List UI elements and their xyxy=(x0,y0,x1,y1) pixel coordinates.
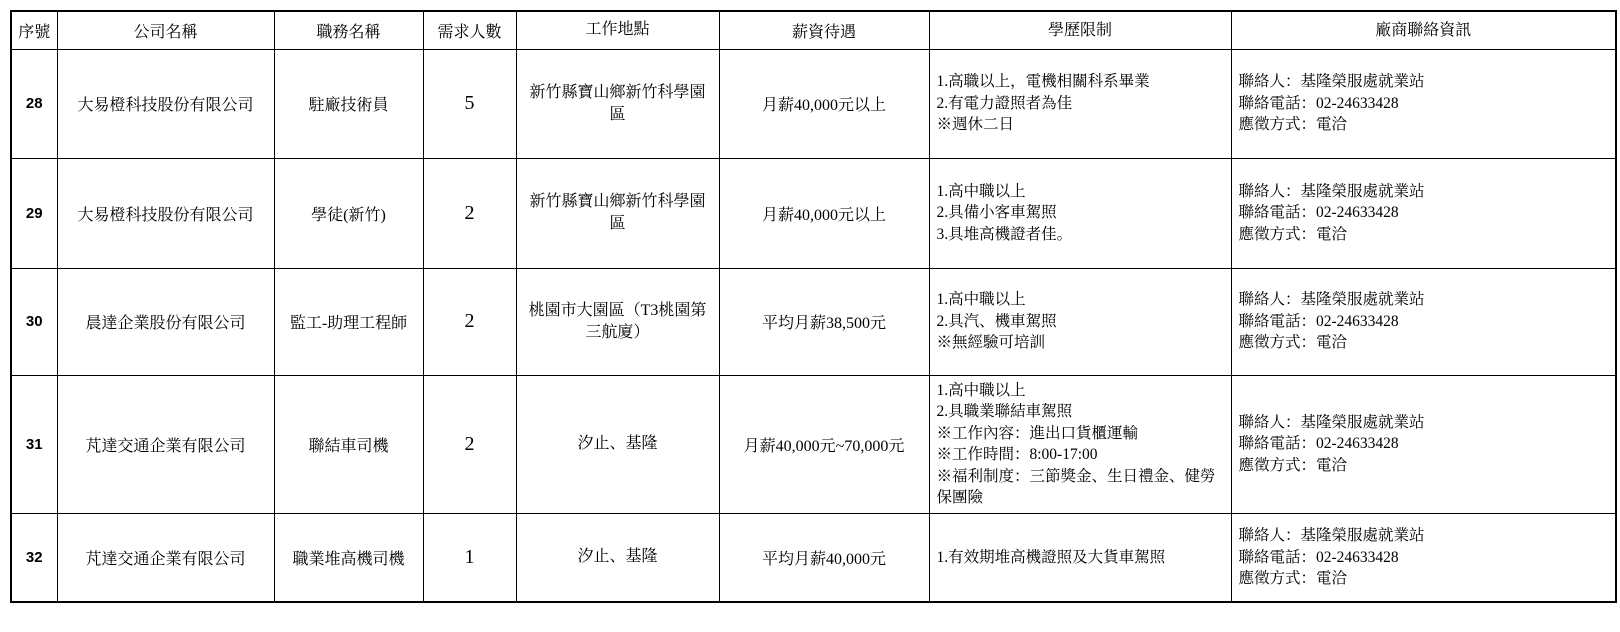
cell-salary: 月薪40,000元以上 xyxy=(719,158,929,268)
cell-contact-line: 聯絡電話：02-24633428 xyxy=(1239,311,1610,333)
cell-contact: 聯絡人：基隆榮服處就業站聯絡電話：02-24633428應徵方式：電洽 xyxy=(1231,375,1616,513)
table-row: 31芃達交通企業有限公司聯結車司機2汐止、基隆月薪40,000元~70,000元… xyxy=(11,375,1616,513)
cell-education: 1.高中職以上2.具汽、機車駕照※無經驗可培訓 xyxy=(929,268,1231,375)
cell-education: 1.高中職以上2.具備小客車駕照3.具堆高機證者佳。 xyxy=(929,158,1231,268)
cell-contact-line: 聯絡人：基隆榮服處就業站 xyxy=(1239,181,1610,203)
cell-seq: 30 xyxy=(11,268,57,375)
cell-contact-line: 聯絡人：基隆榮服處就業站 xyxy=(1239,289,1610,311)
column-header-headcount: 需求人數 xyxy=(423,11,516,49)
cell-title: 監工-助理工程師 xyxy=(274,268,423,375)
cell-company: 晨達企業股份有限公司 xyxy=(57,268,274,375)
cell-headcount: 5 xyxy=(423,49,516,158)
cell-seq: 31 xyxy=(11,375,57,513)
table-body: 28大易橙科技股份有限公司駐廠技術員5新竹縣寶山鄉新竹科學園區月薪40,000元… xyxy=(11,49,1616,602)
cell-contact-line: 聯絡電話：02-24633428 xyxy=(1239,93,1610,115)
table-row: 28大易橙科技股份有限公司駐廠技術員5新竹縣寶山鄉新竹科學園區月薪40,000元… xyxy=(11,49,1616,158)
cell-contact-line: 應徵方式：電洽 xyxy=(1239,568,1610,590)
cell-salary: 月薪40,000元以上 xyxy=(719,49,929,158)
table-row: 29大易橙科技股份有限公司學徒(新竹)2新竹縣寶山鄉新竹科學園區月薪40,000… xyxy=(11,158,1616,268)
cell-contact-line: 聯絡電話：02-24633428 xyxy=(1239,547,1610,569)
cell-seq: 28 xyxy=(11,49,57,158)
cell-location: 汐止、基隆 xyxy=(516,513,719,602)
cell-education-line: ※福利制度：三節獎金、生日禮金、健勞保團險 xyxy=(937,466,1225,509)
column-header-location: 工作地點 xyxy=(516,11,719,49)
cell-contact-line: 應徵方式：電洽 xyxy=(1239,455,1610,477)
job-listing-table: 序號公司名稱職務名稱需求人數工作地點薪資待遇學歷限制廠商聯絡資訊 28大易橙科技… xyxy=(10,10,1617,603)
cell-location: 新竹縣寶山鄉新竹科學園區 xyxy=(516,49,719,158)
cell-company: 大易橙科技股份有限公司 xyxy=(57,49,274,158)
cell-education: 1.有效期堆高機證照及大貨車駕照 xyxy=(929,513,1231,602)
cell-seq: 29 xyxy=(11,158,57,268)
column-header-seq: 序號 xyxy=(11,11,57,49)
cell-education-line: 2.具汽、機車駕照 xyxy=(937,311,1225,333)
cell-headcount: 2 xyxy=(423,158,516,268)
cell-education-line: 1.高中職以上 xyxy=(937,380,1225,402)
cell-education-line: 1.有效期堆高機證照及大貨車駕照 xyxy=(937,547,1225,569)
table-header: 序號公司名稱職務名稱需求人數工作地點薪資待遇學歷限制廠商聯絡資訊 xyxy=(11,11,1616,49)
cell-contact-line: 聯絡電話：02-24633428 xyxy=(1239,433,1610,455)
cell-education-line: 2.具職業聯結車駕照 xyxy=(937,401,1225,423)
cell-title: 聯結車司機 xyxy=(274,375,423,513)
cell-seq: 32 xyxy=(11,513,57,602)
table-row: 30晨達企業股份有限公司監工-助理工程師2桃園市大園區（T3桃園第三航廈）平均月… xyxy=(11,268,1616,375)
header-row: 序號公司名稱職務名稱需求人數工作地點薪資待遇學歷限制廠商聯絡資訊 xyxy=(11,11,1616,49)
cell-location: 汐止、基隆 xyxy=(516,375,719,513)
cell-title: 學徒(新竹) xyxy=(274,158,423,268)
cell-education-line: ※無經驗可培訓 xyxy=(937,332,1225,354)
cell-education: 1.高中職以上2.具職業聯結車駕照※工作內容：進出口貨櫃運輸※工作時間：8:00… xyxy=(929,375,1231,513)
cell-contact-line: 聯絡人：基隆榮服處就業站 xyxy=(1239,525,1610,547)
cell-title: 職業堆高機司機 xyxy=(274,513,423,602)
cell-education-line: 1.高職以上，電機相關科系畢業 xyxy=(937,71,1225,93)
column-header-company: 公司名稱 xyxy=(57,11,274,49)
cell-headcount: 2 xyxy=(423,268,516,375)
cell-salary: 月薪40,000元~70,000元 xyxy=(719,375,929,513)
cell-education-line: ※週休二日 xyxy=(937,114,1225,136)
cell-location: 新竹縣寶山鄉新竹科學園區 xyxy=(516,158,719,268)
cell-education-line: ※工作內容：進出口貨櫃運輸 xyxy=(937,423,1225,445)
cell-contact: 聯絡人：基隆榮服處就業站聯絡電話：02-24633428應徵方式：電洽 xyxy=(1231,513,1616,602)
cell-education-line: ※工作時間：8:00-17:00 xyxy=(937,444,1225,466)
cell-contact-line: 聯絡人：基隆榮服處就業站 xyxy=(1239,412,1610,434)
cell-contact-line: 聯絡電話：02-24633428 xyxy=(1239,202,1610,224)
cell-contact-line: 應徵方式：電洽 xyxy=(1239,114,1610,136)
cell-company: 芃達交通企業有限公司 xyxy=(57,375,274,513)
cell-headcount: 2 xyxy=(423,375,516,513)
cell-contact: 聯絡人：基隆榮服處就業站聯絡電話：02-24633428應徵方式：電洽 xyxy=(1231,268,1616,375)
cell-contact-line: 應徵方式：電洽 xyxy=(1239,224,1610,246)
cell-company: 芃達交通企業有限公司 xyxy=(57,513,274,602)
cell-salary: 平均月薪40,000元 xyxy=(719,513,929,602)
cell-education-line: 1.高中職以上 xyxy=(937,289,1225,311)
cell-education-line: 3.具堆高機證者佳。 xyxy=(937,224,1225,246)
cell-contact-line: 聯絡人：基隆榮服處就業站 xyxy=(1239,71,1610,93)
cell-education: 1.高職以上，電機相關科系畢業2.有電力證照者為佳※週休二日 xyxy=(929,49,1231,158)
cell-education-line: 1.高中職以上 xyxy=(937,181,1225,203)
cell-education-line: 2.具備小客車駕照 xyxy=(937,202,1225,224)
column-header-contact: 廠商聯絡資訊 xyxy=(1231,11,1616,49)
cell-headcount: 1 xyxy=(423,513,516,602)
cell-salary: 平均月薪38,500元 xyxy=(719,268,929,375)
column-header-title: 職務名稱 xyxy=(274,11,423,49)
cell-contact-line: 應徵方式：電洽 xyxy=(1239,332,1610,354)
cell-title: 駐廠技術員 xyxy=(274,49,423,158)
table-row: 32芃達交通企業有限公司職業堆高機司機1汐止、基隆平均月薪40,000元1.有效… xyxy=(11,513,1616,602)
cell-contact: 聯絡人：基隆榮服處就業站聯絡電話：02-24633428應徵方式：電洽 xyxy=(1231,49,1616,158)
cell-location: 桃園市大園區（T3桃園第三航廈） xyxy=(516,268,719,375)
cell-education-line: 2.有電力證照者為佳 xyxy=(937,93,1225,115)
document-page: 序號公司名稱職務名稱需求人數工作地點薪資待遇學歷限制廠商聯絡資訊 28大易橙科技… xyxy=(0,0,1620,632)
cell-company: 大易橙科技股份有限公司 xyxy=(57,158,274,268)
cell-contact: 聯絡人：基隆榮服處就業站聯絡電話：02-24633428應徵方式：電洽 xyxy=(1231,158,1616,268)
column-header-education: 學歷限制 xyxy=(929,11,1231,49)
column-header-salary: 薪資待遇 xyxy=(719,11,929,49)
